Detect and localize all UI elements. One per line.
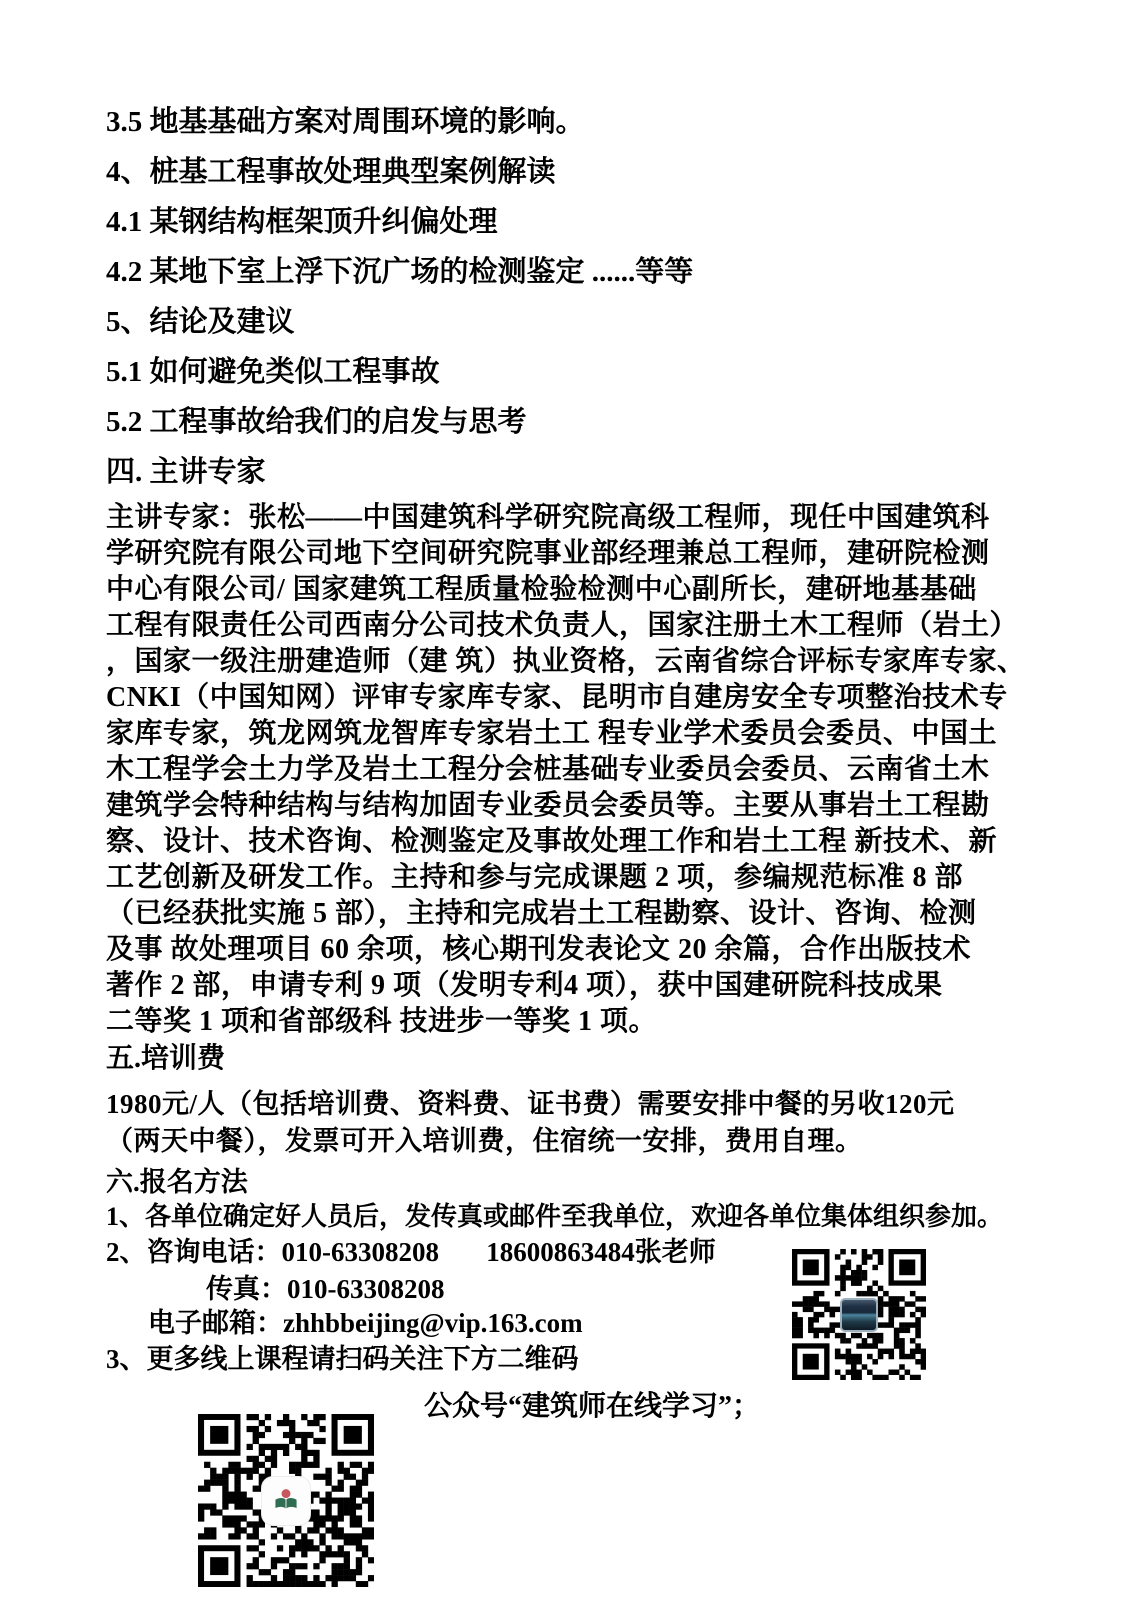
signup-step-1: 1、各单位确定好人员后，发传真或邮件至我单位，欢迎各单位集体组织参加。 <box>106 1196 1046 1233</box>
bio-line: 主讲专家：张松——中国建筑科学研究院高级工程师，现任中国建筑科 <box>106 500 1036 536</box>
bio-line: 著作 2 部，申请专利 9 项（发明专利4 项），获中国建研院科技成果 <box>106 968 1036 1004</box>
wechat-account-note: 公众号“建筑师在线学习”； <box>424 1384 760 1424</box>
signup-phone-line: 2、咨询电话：010-63308208 18600863484张老师 <box>106 1230 716 1269</box>
fee-line: 1980元/人（包括培训费、资料费、证书费）需要安排中餐的另收120元 <box>106 1086 1036 1123</box>
signup-step-3: 3、更多线上课程请扫码关注下方二维码 <box>106 1337 579 1376</box>
bio-line: 学研究院有限公司地下空间研究院事业部经理兼总工程师，建研院检测 <box>106 536 1036 572</box>
outline-item: 3.5 地基基础方案对周围环境的影响。 <box>106 97 1066 147</box>
official-account-qr-code <box>198 1414 374 1587</box>
bio-line: 建筑学会特种结构与结构加固专业委员会委员等。主要从事岩土工程勘 <box>106 788 1036 824</box>
bio-line: 工艺创新及研发工作。主持和参与完成课题 2 项，参编规范标准 8 部 <box>106 860 1036 896</box>
fee-line: （两天中餐），发票可开入培训费，住宿统一安排，费用自理。 <box>106 1123 1036 1160</box>
bio-line: 家库专家，筑龙网筑龙智库专家岩土工 程专业学术委员会委员、中国土 <box>106 716 1036 752</box>
bio-line: 及事 故处理项目 60 余项，核心期刊发表论文 20 余篇，合作出版技术 <box>106 932 1036 968</box>
bio-line: 木工程学会土力学及岩土工程分会桩基础专业委员会委员、云南省土木 <box>106 752 1036 788</box>
section-heading-fee: 五.培训费 <box>106 1036 225 1076</box>
signup-email-line: 电子邮箱：zhhbbeijing@vip.163.com <box>148 1301 583 1340</box>
fee-details: 1980元/人（包括培训费、资料费、证书费）需要安排中餐的另收120元 （两天中… <box>106 1086 1036 1160</box>
bio-line: （已经获批实施 5 部），主持和完成岩土工程勘察、设计、咨询、检测 <box>106 896 1036 932</box>
bio-line: 中心有限公司/ 国家建筑工程质量检验检测中心副所长，建研地基基础 <box>106 572 1036 608</box>
bio-line: ，国家一级注册建造师（建 筑）执业资格，云南省综合评标专家库专家、 <box>106 644 1036 680</box>
outline-item: 4、桩基工程事故处理典型案例解读 <box>106 147 1066 197</box>
outline-item: 5、结论及建议 <box>106 297 1066 347</box>
outline-item: 5.2 工程事故给我们的启发与思考 <box>106 397 1066 447</box>
section-heading-signup: 六.报名方法 <box>106 1160 248 1199</box>
speaker-bio-paragraph: 主讲专家：张松——中国建筑科学研究院高级工程师，现任中国建筑科 学研究院有限公司… <box>106 500 1036 1040</box>
outline-item: 4.1 某钢结构框架顶升纠偏处理 <box>106 197 1066 247</box>
book-flower-icon <box>270 1485 302 1517</box>
official-account-qr-logo <box>262 1477 310 1525</box>
outline-item: 5.1 如何避免类似工程事故 <box>106 347 1066 397</box>
contact-qr-code <box>792 1249 926 1380</box>
document-page: 3.5 地基基础方案对周围环境的影响。 4、桩基工程事故处理典型案例解读 4.1… <box>0 0 1131 1600</box>
bio-line: 工程有限责任公司西南分公司技术负责人，国家注册土木工程师（岩土） <box>106 608 1036 644</box>
bio-line: 察、设计、技术咨询、检测鉴定及事故处理工作和岩土工程 新技术、新 <box>106 824 1036 860</box>
course-outline: 3.5 地基基础方案对周围环境的影响。 4、桩基工程事故处理典型案例解读 4.1… <box>106 97 1066 497</box>
bio-line: 二等奖 1 项和省部级科 技进步一等奖 1 项。 <box>106 1004 1036 1040</box>
section-heading-speaker: 四. 主讲专家 <box>106 447 1066 497</box>
outline-item: 4.2 某地下室上浮下沉广场的检测鉴定 ......等等 <box>106 247 1066 297</box>
bio-line: CNKI（中国知网）评审专家库专家、昆明市自建房安全专项整治技术专 <box>106 680 1036 716</box>
contact-qr-logo <box>840 1298 878 1332</box>
